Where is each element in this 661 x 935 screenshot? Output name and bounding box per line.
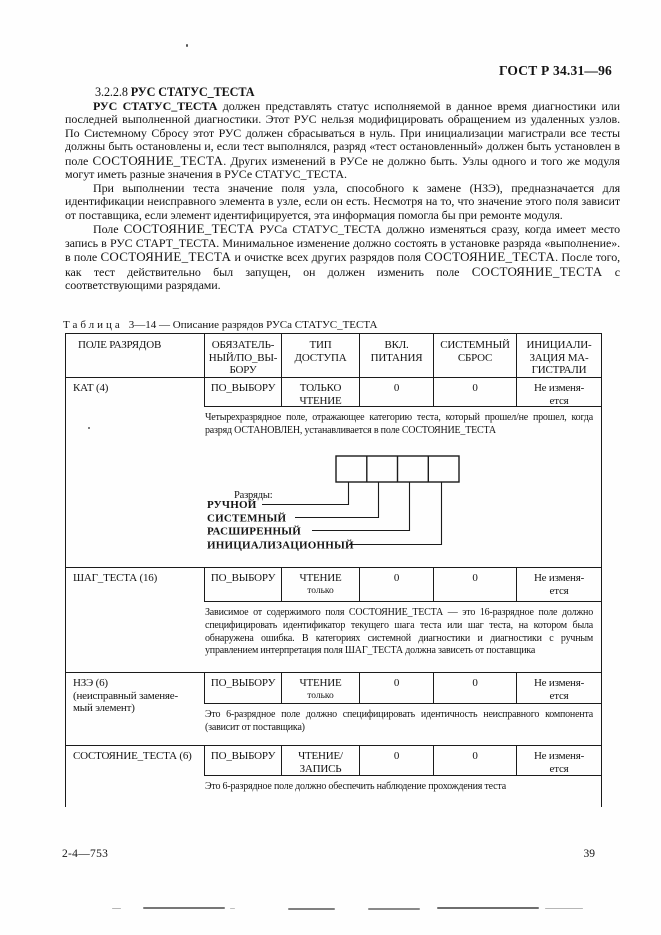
connector-rasshirenny [312, 482, 410, 531]
description-text: Это 6-разрядное поле должно обеспечить н… [66, 776, 601, 794]
printing-code: 2-4—753 [62, 848, 108, 860]
power-cell: 0 [359, 378, 433, 407]
row-description-sostoyanie-testa: Это 6-разрядное поле должно обеспечить н… [66, 776, 601, 807]
field-cell: ШАГ_ТЕСТА (16) [66, 568, 204, 602]
access-cell: ЧТЕНИЕтолько [281, 673, 359, 704]
scan-smudge [112, 908, 121, 909]
bit-label-rasshirenny: РАСШИРЕННЫЙ [207, 526, 301, 538]
init-cell: Не изменя- ется [516, 673, 601, 704]
scan-smudge [288, 908, 335, 910]
bits-label: Разряды: [234, 490, 273, 501]
table-row-kat: КАТ (4) ПО_ВЫБОРУ ТОЛЬКО ЧТЕНИЕ 0 0 Не и… [66, 378, 601, 407]
sysreset-cell: 0 [433, 378, 516, 407]
scan-speck [186, 44, 188, 47]
bit-description-table: ПОЛЕ РАЗРЯДОВ ОБЯЗАТЕЛЬ- НЫЙ/ПО_ВЫ- БОРУ… [65, 333, 602, 807]
header-cell-field: ПОЛЕ РАЗРЯДОВ [66, 334, 204, 378]
paragraph-1: РУС СТАТУС_ТЕСТА должен представлять ста… [65, 100, 620, 182]
bit-label-sistemny: СИСТЕМНЫЙ [207, 513, 286, 525]
optional-cell: ПО_ВЫБОРУ [204, 568, 281, 602]
header-cell-init: ИНИЦИАЛИ- ЗАЦИЯ МА- ГИСТРАЛИ [516, 334, 601, 378]
header-cell-sysreset: СИСТЕМНЫЙ СБРОС [433, 334, 516, 378]
sysreset-cell: 0 [433, 746, 516, 776]
table-header-row: ПОЛЕ РАЗРЯДОВ ОБЯЗАТЕЛЬ- НЫЙ/ПО_ВЫ- БОРУ… [66, 334, 601, 378]
connector-ruchnoi [262, 482, 349, 505]
row-description-nze: Это 6-разрядное поле должно специфициров… [66, 704, 601, 746]
init-cell: Не изменя- ется [516, 378, 601, 407]
header-cell-access: ТИП ДОСТУПА [281, 334, 359, 378]
sysreset-cell: 0 [433, 568, 516, 602]
optional-cell: ПО_ВЫБОРУ [204, 673, 281, 704]
page-number: 39 [584, 848, 596, 860]
scan-smudge [545, 908, 583, 909]
init-cell: Не изменя- ется [516, 746, 601, 776]
bit-label-init: ИНИЦИАЛИЗАЦИОННЫЙ [207, 540, 354, 552]
optional-cell: ПО_ВЫБОРУ [204, 746, 281, 776]
bit-label-ruchnoi: РУЧНОЙ [207, 499, 257, 511]
power-cell: 0 [359, 568, 433, 602]
bit-box [336, 456, 459, 482]
power-cell: 0 [359, 746, 433, 776]
body-text: 3.2.2.8 РУС СТАТУС_ТЕСТА РУС СТАТУС_ТЕСТ… [65, 86, 620, 293]
standard-code: ГОСТ Р 34.31—96 [499, 63, 612, 79]
row-description-shag-testa: Зависимое от содержимого поля СОСТОЯНИЕ_… [66, 602, 601, 673]
connector-init [349, 482, 442, 545]
scan-smudge [437, 907, 539, 909]
description-text: Зависимое от содержимого поля СОСТОЯНИЕ_… [66, 602, 601, 658]
scan-smudge [230, 908, 235, 909]
description-text: Четырехразрядное поле, отражающее катего… [66, 407, 601, 438]
init-cell: Не изменя- ется [516, 568, 601, 602]
access-cell: ТОЛЬКО ЧТЕНИЕ [281, 378, 359, 407]
scan-speck [88, 427, 90, 429]
scan-smudge [143, 907, 225, 909]
sysreset-cell: 0 [433, 673, 516, 704]
power-cell: 0 [359, 673, 433, 704]
scan-smudge [368, 908, 420, 910]
field-cell: СОСТОЯНИЕ_ТЕСТА (6) [66, 746, 204, 776]
table-row-shag-testa: ШАГ_ТЕСТА (16) ПО_ВЫБОРУ ЧТЕНИЕтолько 0 … [66, 568, 601, 602]
section-heading: 3.2.2.8 РУС СТАТУС_ТЕСТА [65, 86, 620, 100]
field-cell: КАТ (4) [66, 378, 204, 407]
connector-sistemny [295, 482, 379, 518]
optional-cell: ПО_ВЫБОРУ [204, 378, 281, 407]
table-caption: Таблица3—14 — Описание разрядов РУСа СТА… [63, 319, 377, 331]
access-cell: ЧТЕНИЕтолько [281, 568, 359, 602]
table-caption-label: Таблица [63, 319, 123, 331]
paragraph-3: Поле СОСТОЯНИЕ_ТЕСТА РУСа СТАТУС_ТЕСТА д… [65, 222, 620, 293]
field-cell: НЗЭ (6) (неисправный заменяе- мый элемен… [66, 673, 204, 704]
description-text: Это 6-разрядное поле должно специфициров… [66, 704, 601, 735]
paragraph-2: При выполнении теста значение поля узла,… [65, 182, 620, 223]
header-cell-power: ВКЛ. ПИТАНИЯ [359, 334, 433, 378]
table-row-nze: НЗЭ (6) (неисправный заменяе- мый элемен… [66, 673, 601, 704]
row-description-kat: Четырехразрядное поле, отражающее катего… [66, 407, 601, 568]
access-cell: ЧТЕНИЕ/ ЗАПИСЬ [281, 746, 359, 776]
table-row-sostoyanie-testa: СОСТОЯНИЕ_ТЕСТА (6) ПО_ВЫБОРУ ЧТЕНИЕ/ ЗА… [66, 746, 601, 776]
header-cell-optional: ОБЯЗАТЕЛЬ- НЫЙ/ПО_ВЫ- БОРУ [204, 334, 281, 378]
document-page: ГОСТ Р 34.31—96 3.2.2.8 РУС СТАТУС_ТЕСТА… [0, 0, 661, 935]
table-caption-text: 3—14 — Описание разрядов РУСа СТАТУС_ТЕС… [129, 319, 378, 331]
